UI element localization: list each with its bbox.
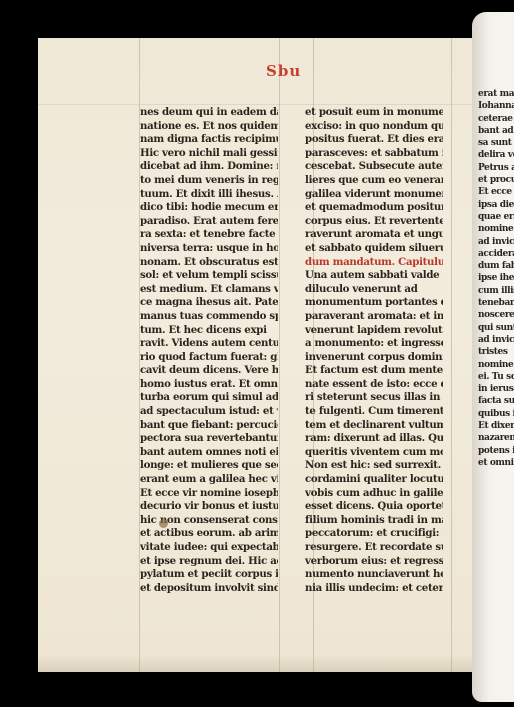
text-line: ei. Tu solus bbox=[478, 371, 514, 383]
text-line: erant eum a galilea hec videntes. bbox=[140, 473, 278, 487]
text-line: paradiso. Erat autem fere ho bbox=[140, 215, 278, 229]
text-line: Et ecce duo ex bbox=[478, 186, 514, 198]
text-line: cavit deum dicens. Vere hic bbox=[140, 364, 278, 378]
text-line: Et ecce vir nomine ioseph qui erat bbox=[140, 487, 278, 501]
text-line: Petrus autem surg bbox=[478, 162, 514, 174]
text-line: manus tuas commendo spiri bbox=[140, 310, 278, 324]
text-line: Et dixerunt bbox=[478, 420, 514, 432]
text-line: queritis viventem cum mortuis? bbox=[305, 446, 443, 460]
text-line: nes deum qui in eadem damp bbox=[140, 106, 278, 120]
text-line: ce magna ihesus ait. Pater in bbox=[140, 296, 278, 310]
text-line: lieres que cum eo venerant de bbox=[305, 174, 443, 188]
text-line: potens in opere bbox=[478, 445, 514, 457]
text-line: cescebat. Subsecute autem mu bbox=[305, 160, 443, 174]
text-line: nomine cleophas bbox=[478, 359, 514, 371]
running-head: Sbu bbox=[266, 62, 301, 80]
ruling-line-left-col-right bbox=[279, 38, 280, 672]
text-line: resurgere. Et recordate sunt bbox=[305, 541, 443, 555]
text-line: dum fabularentur bbox=[478, 260, 514, 272]
text-line: longe: et mulieres que secute bbox=[140, 459, 278, 473]
text-line: ri steterunt secus illas in vest bbox=[305, 391, 443, 405]
text-line: et depositum involvit sindone bbox=[140, 582, 278, 596]
text-line: et posuit eum in monumento bbox=[305, 106, 443, 120]
text-line: tenebantur bbox=[478, 297, 514, 309]
text-line: natione es. Et nos quidem iuste: bbox=[140, 120, 278, 134]
text-line: pectora sua revertebantur. Sta bbox=[140, 432, 278, 446]
text-line: et omni populo bbox=[478, 457, 514, 469]
text-line: erat maria bbox=[478, 88, 514, 100]
text-line: filium hominis tradi in manus bbox=[305, 514, 443, 528]
text-line: et sabbato quidem siluerunt secun bbox=[305, 242, 443, 256]
text-line: nazareno qui bbox=[478, 432, 514, 444]
text-line: dico tibi: hodie mecum eris in bbox=[140, 201, 278, 215]
ink-stain bbox=[159, 519, 168, 528]
text-line: dum mandatum. Capitulum xxiiii. bbox=[305, 256, 443, 270]
text-line: exciso: in quo nondum quisquam bbox=[305, 120, 443, 134]
text-line: Una autem sabbati valde bbox=[305, 269, 443, 283]
text-line: verborum eius: et regresse a mo bbox=[305, 555, 443, 569]
text-line: nate essent de isto: ecce duo vi bbox=[305, 378, 443, 392]
text-line: facta sunt bbox=[478, 395, 514, 407]
text-line: quae erat in spatio bbox=[478, 211, 514, 223]
text-line: corpus eius. Et revertentes pa bbox=[305, 215, 443, 229]
text-line: Iohanna et ma bbox=[478, 100, 514, 112]
text-line: ravit. Videns autem centu bbox=[140, 337, 278, 351]
text-line: et ipse regnum dei. Hic accessit ad bbox=[140, 555, 278, 569]
text-line: rio quod factum fuerat: glorifi bbox=[140, 351, 278, 365]
text-line: ipse ihesus bbox=[478, 272, 514, 284]
text-line: et procumbens bbox=[478, 174, 514, 186]
text-line: nonam. Et obscuratus est bbox=[140, 256, 278, 270]
text-line: a monumento: et ingresse non bbox=[305, 337, 443, 351]
text-line: numento nunciaverunt hec om bbox=[305, 568, 443, 582]
text-line: venerunt lapidem revolutum bbox=[305, 324, 443, 338]
text-line: vitate iudee: qui expectabat bbox=[140, 541, 278, 555]
text-line: tuum. Et dixit illi ihesus. Amen bbox=[140, 188, 278, 202]
text-line: to mei dum veneris in regnu bbox=[140, 174, 278, 188]
text-line: positus fuerat. Et dies erat bbox=[305, 133, 443, 147]
text-line: ipsa die in bbox=[478, 199, 514, 211]
text-line: cum illis bbox=[478, 285, 514, 297]
text-line: decurio vir bonus et iustus: bbox=[140, 500, 278, 514]
text-line: niversa terra: usque in horam bbox=[140, 242, 278, 256]
text-line: delira verba bbox=[478, 149, 514, 161]
text-line: acciderant bbox=[478, 248, 514, 260]
text-line: sa sunt ante bbox=[478, 137, 514, 149]
text-line: bant autem omnes noti eius a bbox=[140, 446, 278, 460]
text-line: homo iustus erat. Et omnis bbox=[140, 378, 278, 392]
text-line: galilea viderunt monumentum bbox=[305, 188, 443, 202]
text-line: ceterae cum bbox=[478, 113, 514, 125]
text-line: vobis cum adhuc in galilea bbox=[305, 487, 443, 501]
text-line: te fulgenti. Cum timerent au bbox=[305, 405, 443, 419]
text-line: ad spectaculum istud: et vide bbox=[140, 405, 278, 419]
text-line: tem et declinarent vultum in ter bbox=[305, 419, 443, 433]
ruling-line-right-col-right bbox=[451, 38, 452, 672]
text-line: tum. Et hec dicens expi bbox=[140, 324, 278, 338]
facing-page-text: erat mariaIohanna et maceterae cumbant a… bbox=[478, 88, 514, 469]
text-line: paraverant aromata: et in bbox=[305, 310, 443, 324]
right-text-column: et posuit eum in monumentoexciso: in quo… bbox=[305, 106, 443, 595]
text-line: esset dicens. Quia oportet bbox=[305, 500, 443, 514]
text-line: turba eorum qui simul aderant bbox=[140, 391, 278, 405]
text-line: peccatorum: et crucifigi: et die tercia bbox=[305, 527, 443, 541]
text-line: bant que fiebant: percucientes bbox=[140, 419, 278, 433]
text-line: cordamini qualiter locutus est bbox=[305, 473, 443, 487]
text-line: nia illis undecim: et ceteris omnibus. bbox=[305, 582, 443, 596]
text-line: tristes bbox=[478, 346, 514, 358]
text-line: qui sunt hi bbox=[478, 322, 514, 334]
text-line: bant ad apo bbox=[478, 125, 514, 137]
text-line: noscerent bbox=[478, 309, 514, 321]
text-line: ad invicem de bbox=[478, 236, 514, 248]
text-line: nomine emaus bbox=[478, 223, 514, 235]
text-line: sol: et velum templi scissum bbox=[140, 269, 278, 283]
text-line: monumentum portantes que bbox=[305, 296, 443, 310]
text-line: in ierusalem bbox=[478, 383, 514, 395]
text-line: ram: dixerunt ad illas. Quid bbox=[305, 432, 443, 446]
text-line: ad invicem bbox=[478, 334, 514, 346]
text-line: Non est hic: sed surrexit. Re bbox=[305, 459, 443, 473]
text-line: parasceves: et sabbatum illu bbox=[305, 147, 443, 161]
text-line: quibus ille bbox=[478, 408, 514, 420]
text-line: et actibus eorum. ab arimathia ci bbox=[140, 527, 278, 541]
manuscript-page: Sbu nes deum qui in eadem dampnatione es… bbox=[38, 38, 478, 672]
text-line: invenerunt corpus domini ihesu. bbox=[305, 351, 443, 365]
ruling-line-top bbox=[38, 104, 478, 105]
text-line: est medium. Et clamans vo bbox=[140, 283, 278, 297]
text-line: Hic vero nichil mali gessit. Et bbox=[140, 147, 278, 161]
text-line: pylatum et peciit corpus ihesu: bbox=[140, 568, 278, 582]
text-line: raverunt aromata et unguenta: bbox=[305, 228, 443, 242]
text-line: diluculo venerunt ad bbox=[305, 283, 443, 297]
text-line: dicebat ad ihm. Domine: memen bbox=[140, 160, 278, 174]
text-line: et quemadmodum positum erat bbox=[305, 201, 443, 215]
text-line: ra sexta: et tenebre facte sunt in v bbox=[140, 228, 278, 242]
text-line: Et factum est dum mente conster bbox=[305, 364, 443, 378]
text-line: nam digna factis recipimus. bbox=[140, 133, 278, 147]
